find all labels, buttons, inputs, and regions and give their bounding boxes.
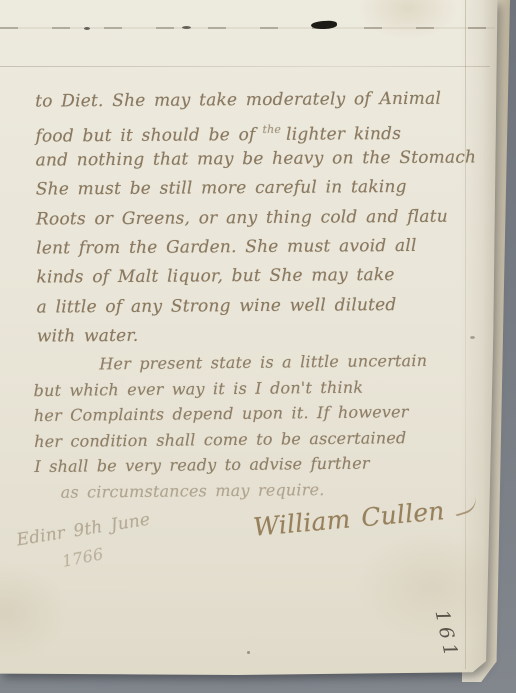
manuscript-line: lent from the Garden. She must avoid all — [36, 231, 477, 263]
letter-body-paragraph-2: Her present state is a little uncertain … — [33, 348, 428, 506]
crease-speck — [84, 27, 90, 30]
dateline: Edinr 9th June — [15, 510, 151, 551]
manuscript-line: kinds of Malt liquor, but She may take — [36, 261, 477, 293]
date-year: 1766 — [61, 544, 105, 571]
manuscript-line: as circumstances may require. — [35, 476, 429, 506]
signature-flourish — [452, 496, 479, 516]
manuscript-line: to Diet. She may take moderately of Anim… — [35, 84, 476, 116]
top-fold-crease — [0, 27, 495, 29]
letter-page: to Diet. She may take moderately of Anim… — [0, 0, 516, 693]
manuscript-line: Roots or Greens, or any thing cold and f… — [36, 202, 477, 234]
second-fold-crease — [0, 66, 490, 67]
folio-number: 161 — [430, 608, 462, 663]
manuscript-line: She must be still more careful in taking — [36, 173, 477, 205]
manuscript-line: and nothing that may be heavy on the Sto… — [35, 143, 476, 175]
line-text: lighter kinds — [286, 124, 401, 145]
manuscript-photograph: to Diet. She may take moderately of Anim… — [0, 0, 516, 693]
manuscript-line: food but it should be ofthelighter kinds — [35, 114, 476, 146]
crease-speck — [182, 26, 191, 29]
paper-speck — [247, 651, 250, 654]
letter-body-paragraph-1: to Diet. She may take moderately of Anim… — [35, 84, 477, 352]
manuscript-line: a little of any Strong wine well diluted — [37, 290, 478, 322]
line-text: food but it should be of — [35, 125, 255, 147]
inserted-word: the — [262, 115, 281, 145]
letter-page-wrap: to Diet. She may take moderately of Anim… — [0, 0, 516, 693]
